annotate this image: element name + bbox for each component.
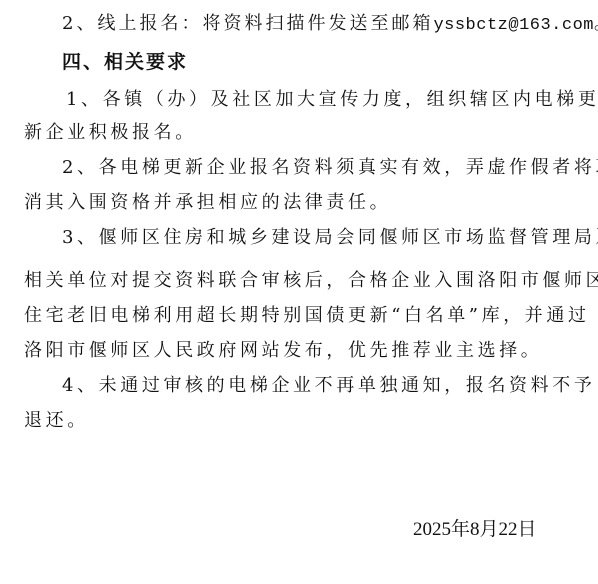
requirement-2-line-1: 2、各电梯更新企业报名资料须真实有效，弄虚作假者将取 <box>62 153 598 183</box>
requirement-4-line-1: 4、未通过审核的电梯企业不再单独通知，报名资料不予 <box>62 371 598 401</box>
requirement-2-line-2: 消其入围资格并承担相应的法律责任。 <box>24 188 584 218</box>
requirement-3-line-2: 相关单位对提交资料联合审核后，合格企业入围洛阳市偃师区 <box>24 266 584 296</box>
registration-email: yssbctz@163.com <box>433 16 594 35</box>
online-registration-label: 2、线上报名：将资料扫描件发送至邮箱 <box>62 13 433 34</box>
requirement-3-line-3: 住宅老旧电梯利用超长期特别国债更新“白名单”库，并通过 <box>24 301 584 331</box>
document-date: 2025年8月22日 <box>413 515 537 545</box>
requirement-3-line-4: 洛阳市偃师区人民政府网站发布，优先推荐业主选择。 <box>24 336 584 366</box>
online-registration-line: 2、线上报名：将资料扫描件发送至邮箱yssbctz@163.com。 <box>62 9 598 39</box>
requirement-4-line-2: 退还。 <box>24 406 584 436</box>
requirement-1-line-1: 1、各镇（办）及社区加大宣传力度，组织辖区内电梯更 <box>66 85 598 115</box>
requirement-3-line-1: 3、偃师区住房和城乡建设局会同偃师区市场监督管理局及 <box>62 223 598 253</box>
section-heading: 四、相关要求 <box>62 47 598 77</box>
online-registration-suffix: 。 <box>594 13 598 34</box>
requirement-1-line-2: 新企业积极报名。 <box>24 118 584 148</box>
